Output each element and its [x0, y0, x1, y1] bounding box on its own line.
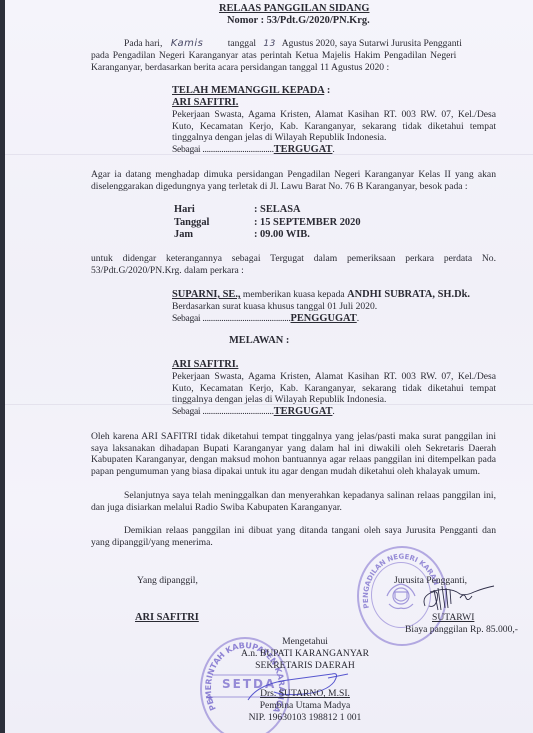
plaintiff-name: SUPARNI, SE., [172, 289, 241, 300]
document-title: RELAAS PANGGILAN SIDANG [219, 3, 370, 15]
secretary-rank: Pembina Utama Madya [200, 700, 410, 712]
bailiff-name: SUTARWI [432, 612, 474, 624]
schedule-row-time: Jam: 09.00 WIB. [174, 229, 361, 242]
handwritten-day: Kamis [171, 38, 204, 49]
summoned-name: ARI SAFITRI. [172, 97, 238, 109]
summons-fee: Biaya panggilan Rp. 85.000,- [405, 624, 518, 636]
summoned-role: Sebagai ................................… [172, 144, 335, 156]
schedule-row-date: Tanggal: 15 SEPTEMBER 2020 [174, 217, 361, 230]
schedule-row-day: Hari: SELASA [174, 204, 361, 217]
case-paragraph: untuk didengar keterangannya sebagai Ter… [91, 253, 496, 276]
recipient-name: ARI SAFITRI [135, 612, 199, 624]
follow-up-paragraph: Selanjutnya saya telah meninggalkan dan … [91, 490, 496, 513]
defendant-details: Pekerjaan Swasta, Agama Kristen, Alamat … [172, 371, 496, 406]
intro-line-1: Pada hari, Kamis tanggal 13 Agustus 2020… [124, 38, 462, 51]
appearance-paragraph: Agar ia datang menghadap dimuka persidan… [91, 169, 496, 192]
summoned-details: Pekerjaan Swasta, Agama Kristen, Alamat … [172, 109, 496, 144]
secretary-nip: NIP. 19630103 198812 1 001 [200, 712, 410, 724]
bailiff-signature-icon [420, 580, 500, 616]
plaintiff-line: SUPARNI, SE., memberikan kuasa kepada AN… [172, 289, 470, 301]
defendant-role: Sebagai ................................… [172, 406, 335, 418]
intro-line-2: pada Pengadilan Negeri Karanganyar atas … [91, 50, 456, 62]
document-number: Nomor : 53/Pdt.G/2020/PN.Krg. [227, 15, 370, 27]
ack-line-1: Mengetahui [200, 636, 410, 648]
defendant-name: ARI SAFITRI. [172, 359, 238, 371]
closing-paragraph: Demikian relaas panggilan ini dibuat yan… [91, 525, 496, 548]
unknown-residence-paragraph: Oleh karena ARI SAFITRI tidak diketahui … [91, 431, 496, 477]
handwritten-date: 13 [263, 39, 275, 49]
plaintiff-role: Sebagai ................................… [172, 313, 359, 325]
secretary-name: Drs. SUTARNO, M.SI. [200, 688, 410, 700]
intro-line-3: Karanganyar, berdasarkan berita acara pe… [91, 62, 389, 74]
versus-heading: MELAWAN : [229, 335, 289, 347]
attorney-name: ANDHI SUBRATA, SH.Dk. [347, 289, 470, 300]
ack-line-2: A.n. BUPATI KARANGANYAR [200, 648, 410, 660]
recipient-label: Yang dipanggil, [137, 575, 198, 587]
plaintiff-basis: Berdasarkan surat kuasa khusus tanggal 0… [172, 301, 377, 313]
hearing-schedule: Hari: SELASA Tanggal: 15 SEPTEMBER 2020 … [174, 204, 361, 242]
summoned-heading: TELAH MEMANGGIL KEPADA : [172, 85, 330, 97]
